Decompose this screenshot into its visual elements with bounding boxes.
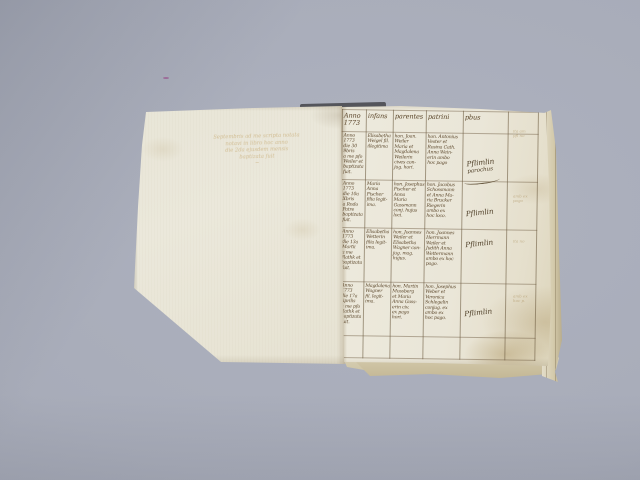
cell-infans: ElisabethaWetterinfilia legit-ima.	[366, 229, 390, 250]
cell-infans: ElisabethaWeigel fil.illegitima	[367, 133, 391, 149]
cell-parentes: hon. JosephusFischer etAnnaMariaGassmann…	[393, 182, 424, 219]
cell-date: Anno1773die 309brisa me pfoWeiler etbapt…	[343, 133, 365, 175]
ink-bleed-through: Septembris ad me scripta notatanotavi in…	[181, 131, 333, 169]
cell-date: Anno1773die 10aXbrisa RndoPatrebaptizata…	[342, 181, 364, 223]
handwritten-line: ima.	[365, 299, 389, 305]
pink-speck	[163, 77, 169, 79]
table-rule-horizontal	[338, 357, 535, 361]
handwritten-line: hujus.	[393, 256, 423, 262]
handwritten-line: hoc loco.	[426, 213, 460, 219]
left-page: Septembris ad me scripta notatanotavi in…	[133, 105, 345, 365]
column-header: Anno 1773	[344, 112, 364, 127]
column-header: pbus	[465, 114, 506, 122]
cell-parentes: hon. MartinMossberget MariaAnna Gass-eri…	[392, 284, 423, 321]
handwritten-line: fuit.	[341, 319, 362, 325]
cell-parentes: hon. Joan.WeilerMaria etMagdalenaWeileri…	[394, 134, 425, 171]
handwritten-line: parochus	[467, 165, 495, 175]
cell-infans: MagdalenaWagnerfil. legit-ima.	[365, 283, 389, 304]
cell-date: Anno1773die 13aMartiia meRathk etbaptiza…	[342, 229, 364, 271]
column-header: patrini	[428, 113, 461, 121]
cell-patrini: hon. JoannesHerrmannWeiler etJudith Anna…	[426, 230, 461, 267]
handwritten-line: hori.	[392, 315, 422, 321]
handwritten-line: hoc pago	[427, 160, 461, 166]
signature: Pflimlin	[465, 239, 493, 249]
table-rule-horizontal	[339, 335, 536, 339]
table-rule-vertical	[534, 112, 539, 361]
handwritten-line: ima.	[366, 245, 390, 251]
signature: Pflimlin	[466, 208, 494, 218]
cell-parentes: hon. JoannesWeiler etElisabethaWagner co…	[393, 230, 423, 262]
handwritten-line: fuit.	[342, 217, 363, 223]
cell-patrini: hon. JacobusSchossmannet Anna Ma-ria Bru…	[426, 182, 461, 219]
cell-patrini: hon. JosephusWeber etVeronicaSchlegelinc…	[425, 284, 460, 321]
signature: Pflimlin	[464, 308, 492, 318]
handwritten-line: Pflimlin	[466, 208, 494, 218]
photo-background: Septembris ad me scripta notatanotavi in…	[0, 0, 640, 480]
handwritten-line: Pflimlin	[464, 308, 492, 318]
signature-flourish	[464, 175, 500, 185]
cell-patrini: hon. AntoniusVester etRosina Cath.Anna W…	[427, 134, 461, 166]
handwritten-line: loci.	[393, 213, 423, 219]
column-header: infans	[368, 112, 391, 119]
cell-date: Anno1773die 17aAprilisa me pfoRathk etba…	[341, 283, 363, 325]
handwritten-line: fuit.	[343, 169, 364, 175]
handwritten-line: Pflimlin	[465, 239, 493, 249]
handwritten-line: jug. hori.	[394, 165, 424, 171]
handwritten-line: ima.	[367, 202, 391, 208]
cell-infans: MariaAnnaFischerfilia legit-ima.	[367, 181, 391, 207]
right-page: ita ampfl noamb expagoita noamb exhoc p.…	[341, 104, 553, 370]
table-rule-vertical	[504, 111, 509, 360]
signature: Pflimlinparochus	[466, 158, 495, 175]
register-table: Anno 1773infansparentespatrinipbusAnno17…	[338, 109, 539, 361]
handwritten-line: illegitima	[367, 144, 391, 150]
handwritten-line: fuit.	[342, 265, 363, 271]
handwritten-line: pago.	[426, 261, 460, 267]
column-header: parentes	[395, 113, 424, 121]
handwritten-line: hoc pago.	[425, 315, 459, 321]
